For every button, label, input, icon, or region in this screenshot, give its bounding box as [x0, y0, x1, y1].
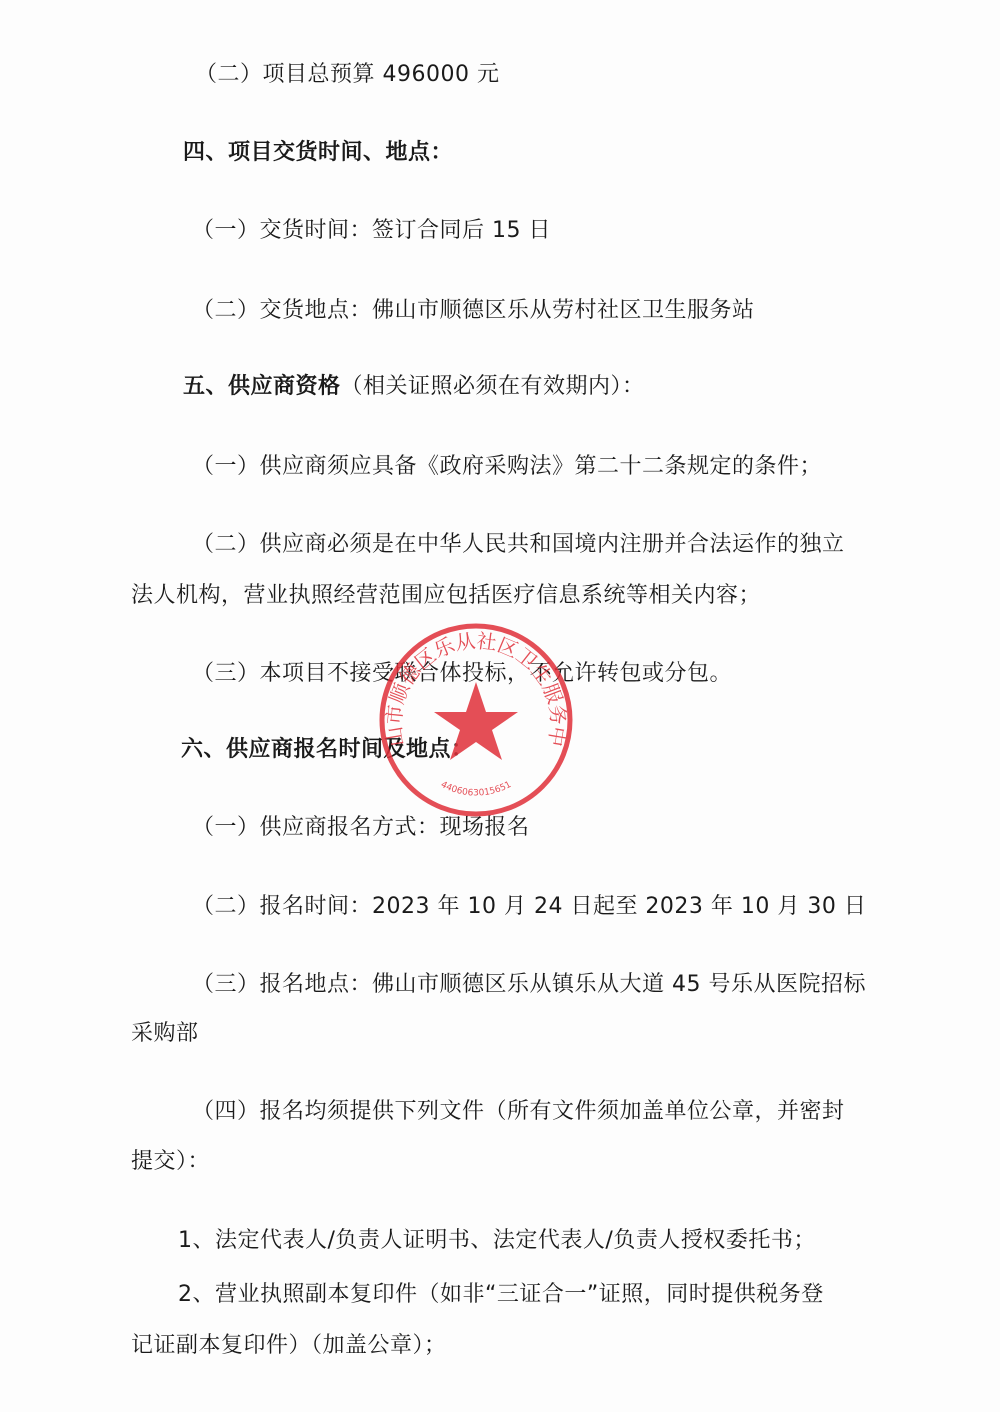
seal-code: 4406063015651	[439, 780, 513, 799]
doc-item-2-cont: 记证副本复印件）（加盖公章）；	[131, 1331, 447, 1361]
doc-item-1: 1、法定代表人/负责人证明书、法定代表人/负责人授权委托书；	[178, 1226, 816, 1256]
section-5-title: 五、供应商资格	[183, 374, 341, 399]
qualification-1: （一）供应商须应具备《政府采购法》第二十二条规定的条件；	[192, 452, 822, 482]
section-5-note: （相关证照必须在有效期内）：	[341, 374, 645, 399]
required-docs-cont: 提交）：	[131, 1147, 210, 1177]
delivery-time: （一）交货时间：签订合同后 15 日	[192, 216, 551, 246]
doc-item-2: 2、营业执照副本复印件（如非“三证合一”证照，同时提供税务登	[178, 1280, 824, 1310]
registration-time: （二）报名时间：2023 年 10 月 24 日起至 2023 年 10 月 3…	[192, 892, 866, 922]
qualification-2-cont: 法人机构，营业执照经营范围应包括医疗信息系统等相关内容；	[131, 581, 761, 611]
svg-text:4406063015651: 4406063015651	[439, 780, 513, 799]
qualification-2: （二）供应商必须是在中华人民共和国境内注册并合法运作的独立	[192, 530, 845, 560]
section-5-heading: 五、供应商资格（相关证照必须在有效期内）：	[183, 372, 645, 402]
section-4-heading: 四、项目交货时间、地点：	[183, 138, 453, 168]
official-seal-icon: 佛山市顺德区乐从社区卫生服务中心 4406063015651	[376, 620, 576, 820]
delivery-location: （二）交货地点：佛山市顺德区乐从劳村社区卫生服务站	[192, 296, 755, 326]
required-docs: （四）报名均须提供下列文件（所有文件须加盖单位公章，并密封	[192, 1097, 845, 1127]
registration-location-cont: 采购部	[131, 1019, 199, 1049]
registration-location: （三）报名地点：佛山市顺德区乐从镇乐从大道 45 号乐从医院招标	[192, 970, 866, 1000]
document-page: （二）项目总预算 496000 元 四、项目交货时间、地点： （一）交货时间：签…	[0, 0, 1000, 1412]
budget-line: （二）项目总预算 496000 元	[195, 60, 499, 90]
